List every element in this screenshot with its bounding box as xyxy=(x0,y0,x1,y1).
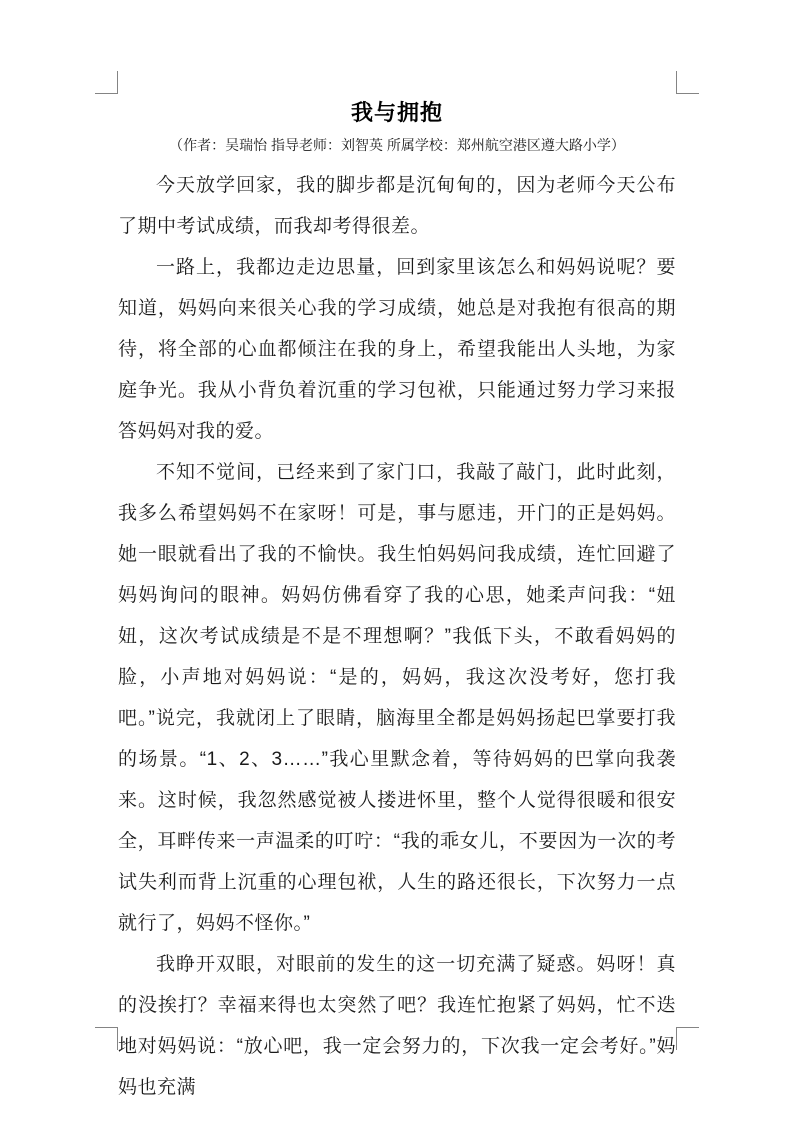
essay-byline: （作者：吴瑞怡 指导老师：刘智英 所属学校：郑州航空港区遵大路小学） xyxy=(118,134,676,156)
essay-paragraph: 今天放学回家，我的脚步都是沉甸甸的，因为老师今天公布了期中考试成绩，而我却考得很… xyxy=(118,165,676,247)
text-area: 我与拥抱 （作者：吴瑞怡 指导老师：刘智英 所属学校：郑州航空港区遵大路小学） … xyxy=(118,94,676,1108)
text-boundary-mark-top-left xyxy=(95,71,118,94)
text-boundary-mark-top-right xyxy=(676,71,699,94)
essay-paragraph: 不知不觉间，已经来到了家门口，我敲了敲门，此时此刻，我多么希望妈妈不在家呀！可是… xyxy=(118,452,676,944)
essay-body: 今天放学回家，我的脚步都是沉甸甸的，因为老师今天公布了期中考试成绩，而我却考得很… xyxy=(118,165,676,1108)
text-boundary-mark-bottom-left xyxy=(95,1027,118,1050)
essay-paragraph: 我睁开双眼，对眼前的发生的这一切充满了疑惑。妈呀！真的没挨打？幸福来得也太突然了… xyxy=(118,944,676,1108)
text-boundary-mark-bottom-right xyxy=(676,1027,699,1050)
essay-paragraph: 一路上，我都边走边思量，回到家里该怎么和妈妈说呢？要知道，妈妈向来很关心我的学习… xyxy=(118,247,676,452)
essay-title: 我与拥抱 xyxy=(118,98,676,128)
document-page: 我与拥抱 （作者：吴瑞怡 指导老师：刘智英 所属学校：郑州航空港区遵大路小学） … xyxy=(0,0,794,1123)
